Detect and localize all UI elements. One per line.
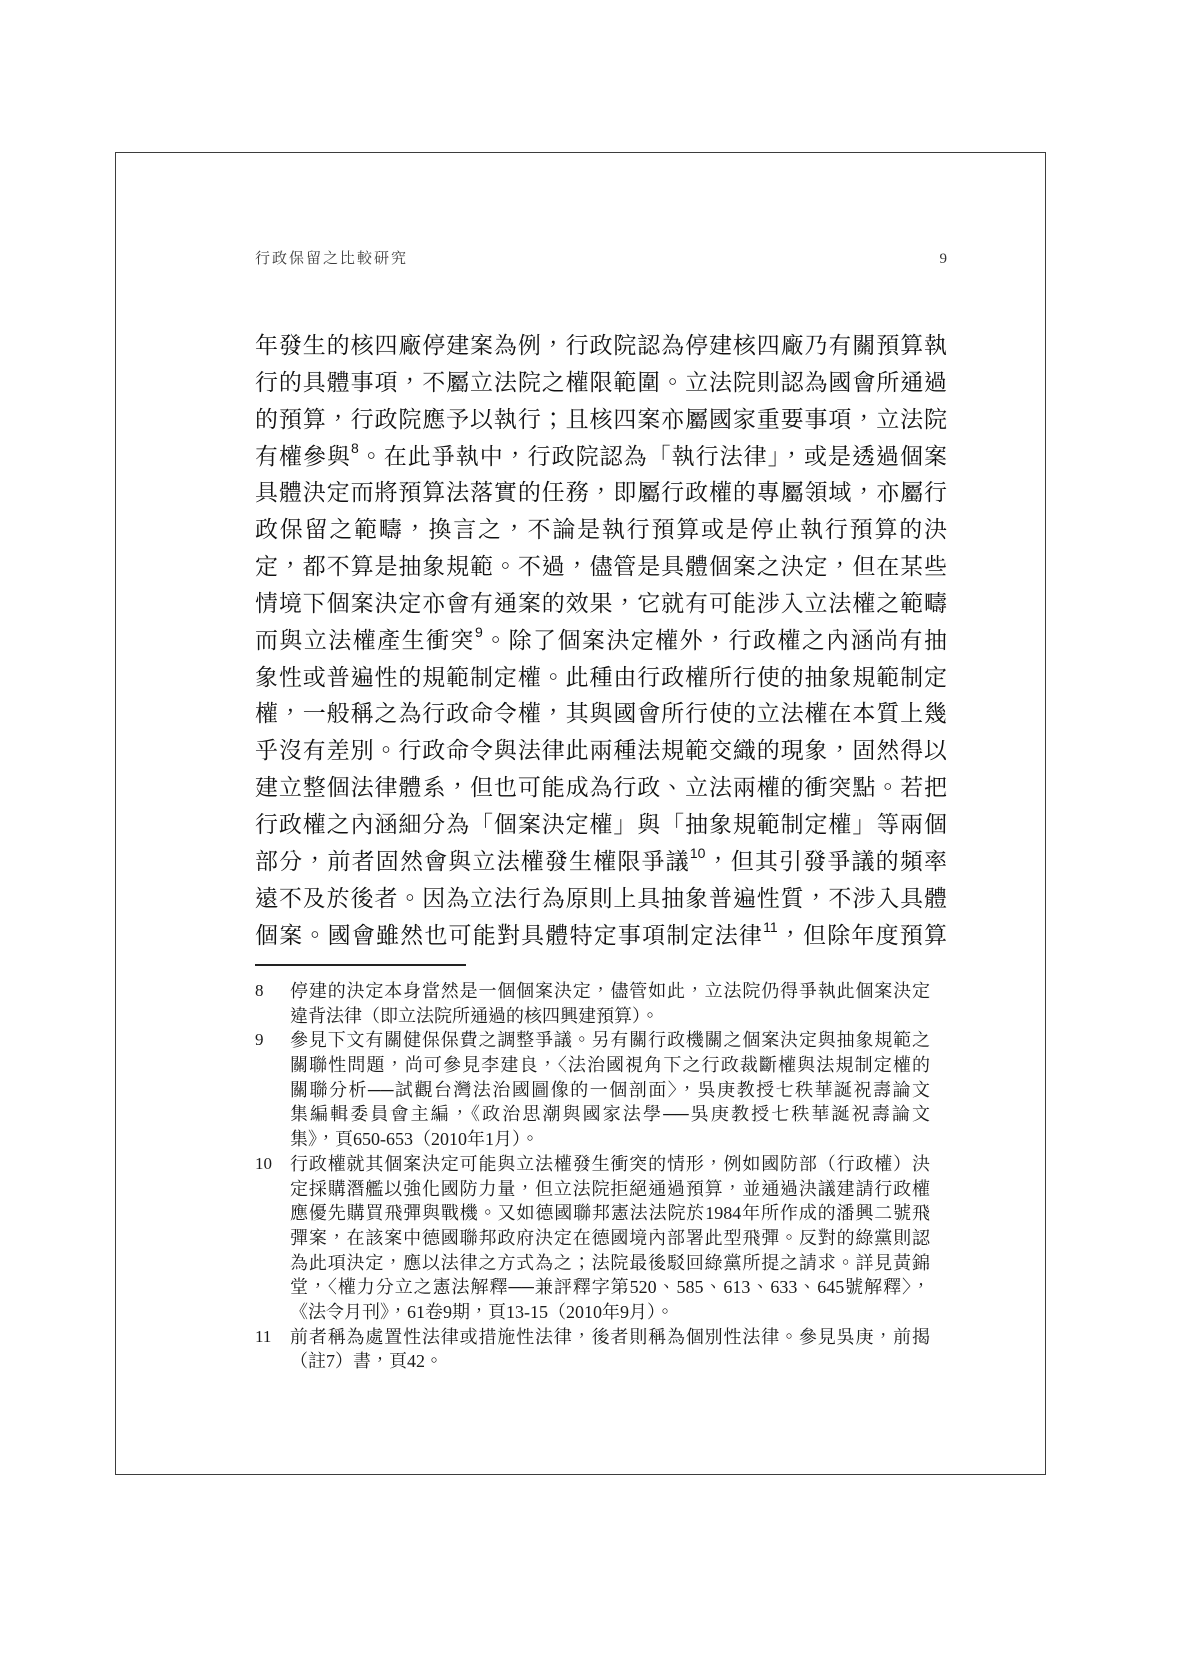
- footnote-ref: 11: [763, 919, 778, 935]
- scanned-page: 行政保留之比較研究 9 年發生的核四廠停建案為例，行政院認為停建核四廠乃有關預算…: [0, 0, 1177, 1664]
- footnote-line: 定採購潛艦以強化國防力量，但立法院拒絕通過預算，並通過決議建請行政權: [290, 1177, 930, 1202]
- footnote-line: 關聯性問題，尚可參見李建良，〈法治國視角下之行政裁斷權與法規制定權的: [290, 1053, 930, 1078]
- footnote-ref: 10: [690, 845, 706, 861]
- footnote-line: 彈案，在該案中德國聯邦政府決定在德國境內部署此型飛彈。反對的綠黨則認: [290, 1226, 930, 1251]
- body-text: 年發生的核四廠停建案為例，行政院認為停建核四廠乃有關預算執行的具體事項，不屬立法…: [255, 327, 947, 953]
- running-header: 行政保留之比較研究 9: [255, 247, 947, 268]
- footnote-line: 為此項決定，應以法律之方式為之；法院最後駁回綠黨所提之請求。詳見黃錦: [290, 1251, 930, 1276]
- footnote-marker: 9: [255, 1028, 290, 1053]
- footnote-line: 行政權就其個案決定可能與立法權發生衝突的情形，例如國防部（行政權）決: [290, 1152, 930, 1177]
- page-number: 9: [940, 251, 948, 268]
- body-line: 權，一般稱之為行政命令權，其與國會所行使的立法權在本質上幾: [255, 695, 947, 732]
- footnote-ref: 9: [475, 624, 483, 640]
- body-line: 政保留之範疇，換言之，不論是執行預算或是停止執行預算的決: [255, 511, 947, 548]
- running-header-title: 行政保留之比較研究: [255, 247, 408, 268]
- body-line: 定，都不算是抽象規範。不過，儘管是具體個案之決定，但在某些: [255, 548, 947, 585]
- body-line: 部分，前者固然會與立法權發生權限爭議10，但其引發爭議的頻率: [255, 843, 947, 880]
- body-line: 乎沒有差別。行政命令與法律此兩種法規範交織的現象，固然得以: [255, 732, 947, 769]
- footnote-line: 堂，〈權力分立之憲法解釋──兼評釋字第520、585、613、633、645號解…: [290, 1275, 930, 1300]
- footnote-item: 9參見下文有關健保保費之調整爭議。另有關行政機關之個案決定與抽象規範之關聯性問題…: [255, 1028, 930, 1151]
- footnote-item: 8停建的決定本身當然是一個個案決定，儘管如此，立法院仍得爭執此個案決定違背法律（…: [255, 979, 930, 1028]
- footnote-text: 行政權就其個案決定可能與立法權發生衝突的情形，例如國防部（行政權）決定採購潛艦以…: [290, 1152, 930, 1325]
- footnote-marker: 10: [255, 1152, 290, 1177]
- footnote-item: 10行政權就其個案決定可能與立法權發生衝突的情形，例如國防部（行政權）決定採購潛…: [255, 1152, 930, 1325]
- footnote-line: 參見下文有關健保保費之調整爭議。另有關行政機關之個案決定與抽象規範之: [290, 1028, 930, 1053]
- footnote-line: 關聯分析──試觀台灣法治國圖像的一個剖面〉，吳庚教授七秩華誕祝壽論文: [290, 1078, 930, 1103]
- footnote-text: 停建的決定本身當然是一個個案決定，儘管如此，立法院仍得爭執此個案決定違背法律（即…: [290, 979, 930, 1028]
- footnotes: 8停建的決定本身當然是一個個案決定，儘管如此，立法院仍得爭執此個案決定違背法律（…: [255, 979, 930, 1374]
- body-line: 行政權之內涵細分為「個案決定權」與「抽象規範制定權」等兩個: [255, 806, 947, 843]
- body-line: 的預算，行政院應予以執行；且核四案亦屬國家重要事項，立法院: [255, 401, 947, 438]
- footnote-separator: [255, 964, 466, 966]
- body-line: 建立整個法律體系，但也可能成為行政、立法兩權的衝突點。若把: [255, 769, 947, 806]
- body-line: 象性或普遍性的規範制定權。此種由行政權所行使的抽象規範制定: [255, 659, 947, 696]
- footnote-line: 前者稱為處置性法律或措施性法律，後者則稱為個別性法律。參見吳庚，前揭: [290, 1325, 930, 1350]
- footnote-marker: 8: [255, 979, 290, 1004]
- footnote-ref: 8: [351, 440, 359, 456]
- body-line: 而與立法權產生衝突9。除了個案決定權外，行政權之內涵尚有抽: [255, 622, 947, 659]
- footnote-line: 應優先購買飛彈與戰機。又如德國聯邦憲法法院於1984年所作成的潘興二號飛: [290, 1201, 930, 1226]
- body-line: 遠不及於後者。因為立法行為原則上具抽象普遍性質，不涉入具體: [255, 880, 947, 917]
- footnote-text: 前者稱為處置性法律或措施性法律，後者則稱為個別性法律。參見吳庚，前揭（註7）書，…: [290, 1325, 930, 1374]
- body-line: 年發生的核四廠停建案為例，行政院認為停建核四廠乃有關預算執: [255, 327, 947, 364]
- footnote-text: 參見下文有關健保保費之調整爭議。另有關行政機關之個案決定與抽象規範之關聯性問題，…: [290, 1028, 930, 1151]
- footnote-line: 停建的決定本身當然是一個個案決定，儘管如此，立法院仍得爭執此個案決定: [290, 979, 930, 1004]
- body-line: 個案。國會雖然也可能對具體特定事項制定法律11，但除年度預算: [255, 917, 947, 954]
- body-line: 具體決定而將預算法落實的任務，即屬行政權的專屬領域，亦屬行: [255, 474, 947, 511]
- body-line: 情境下個案決定亦會有通案的效果，它就有可能涉入立法權之範疇: [255, 585, 947, 622]
- footnote-marker: 11: [255, 1325, 290, 1350]
- footnote-line: 集》，頁650-653（2010年1月）。: [290, 1127, 930, 1152]
- footnote-line: 集編輯委員會主編，《政治思潮與國家法學──吳庚教授七秩華誕祝壽論文: [290, 1102, 930, 1127]
- footnote-line: （註7）書，頁42。: [290, 1349, 930, 1374]
- footnote-line: 《法令月刊》，61卷9期，頁13-15（2010年9月）。: [290, 1300, 930, 1325]
- footnote-item: 11前者稱為處置性法律或措施性法律，後者則稱為個別性法律。參見吳庚，前揭（註7）…: [255, 1325, 930, 1374]
- body-line: 有權參與8。在此爭執中，行政院認為「執行法律」，或是透過個案: [255, 438, 947, 475]
- footnote-line: 違背法律（即立法院所通過的核四興建預算）。: [290, 1004, 930, 1029]
- body-line: 行的具體事項，不屬立法院之權限範圍。立法院則認為國會所通過: [255, 364, 947, 401]
